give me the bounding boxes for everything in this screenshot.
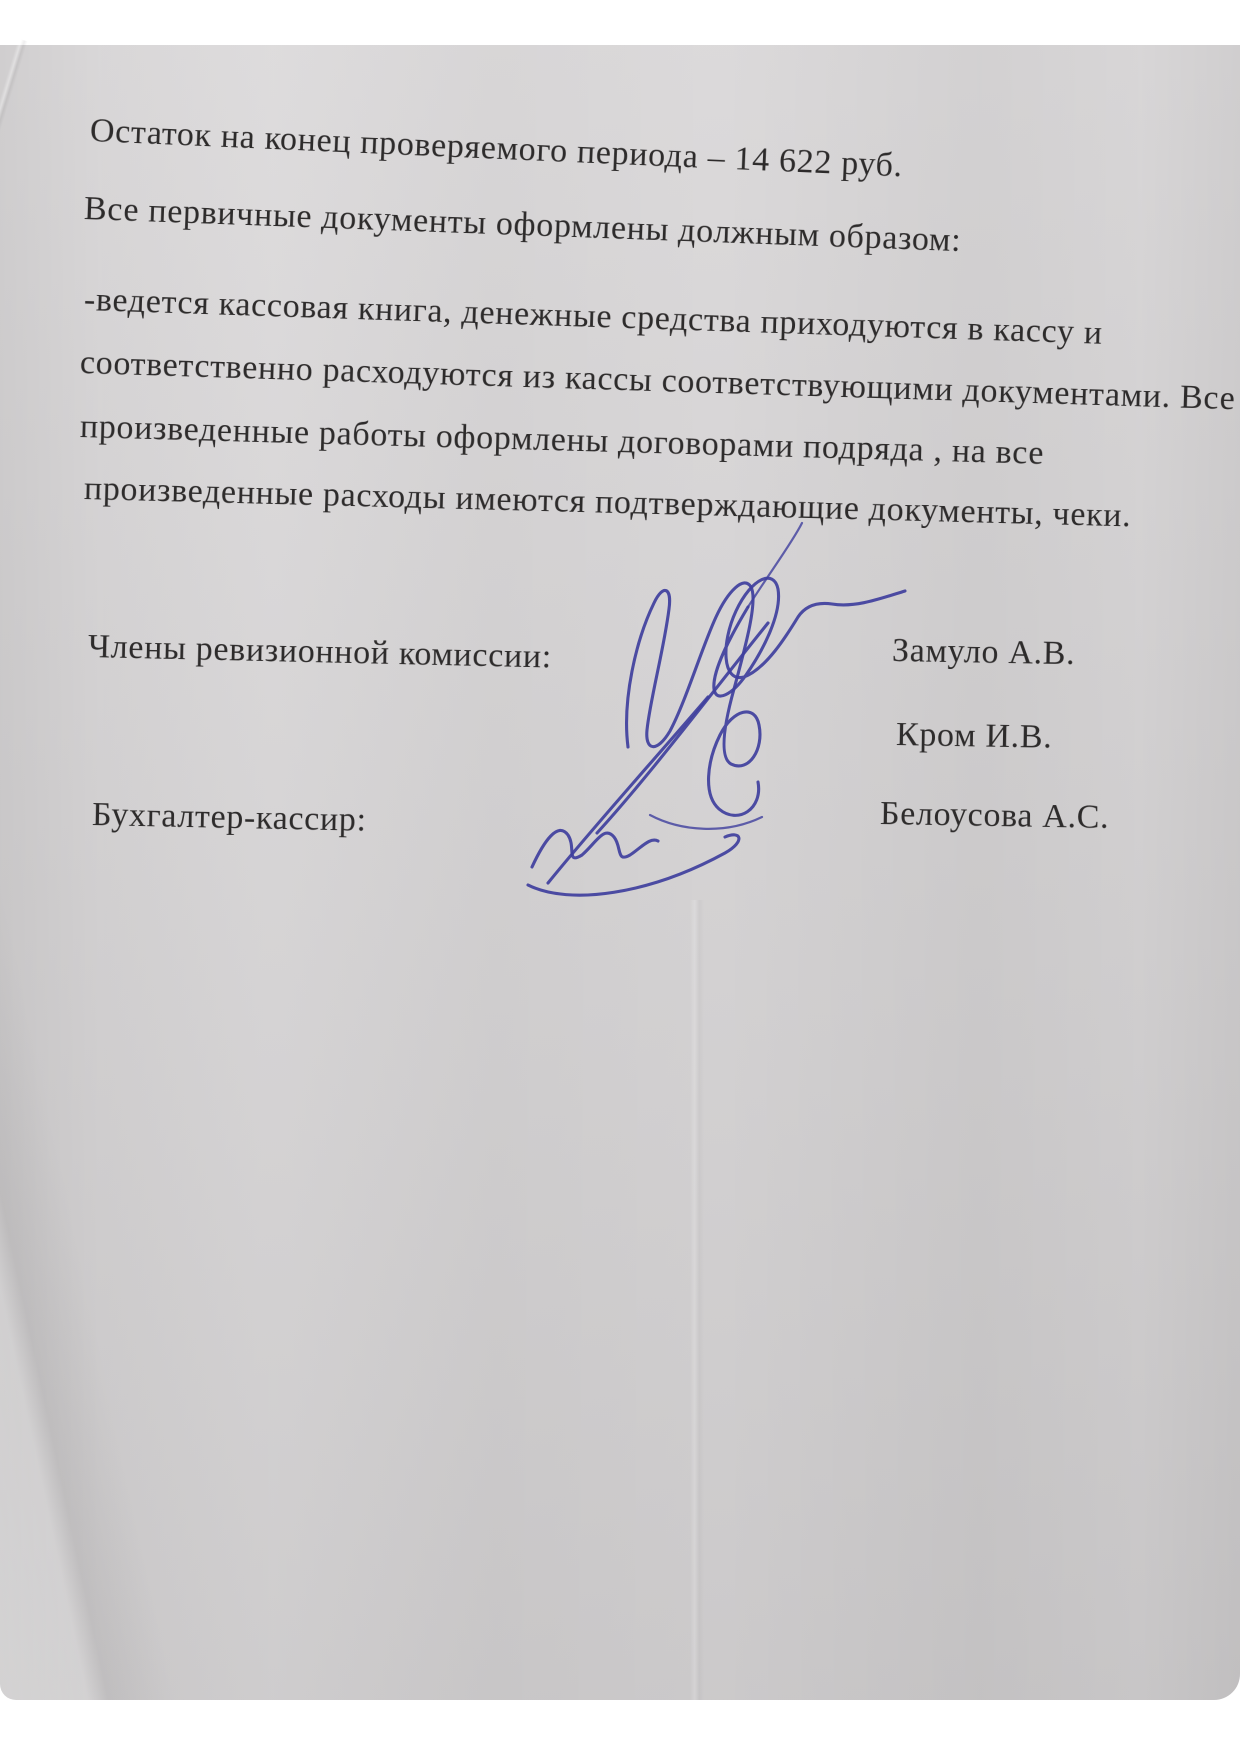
- photo-canvas: Остаток на конец проверяемого периода – …: [0, 0, 1240, 1755]
- signature-belousova: [532, 830, 658, 867]
- signatures-overlay: [500, 485, 970, 915]
- signature-krom-base-stroke: [650, 815, 762, 829]
- signature-zamulo: [714, 578, 905, 696]
- accountant-label: Бухгалтер-кассир:: [92, 796, 367, 840]
- paper-vertical-crease: [690, 900, 704, 1700]
- signature-zamulo-spike: [748, 523, 802, 607]
- signature-belousova-underline: [528, 835, 739, 895]
